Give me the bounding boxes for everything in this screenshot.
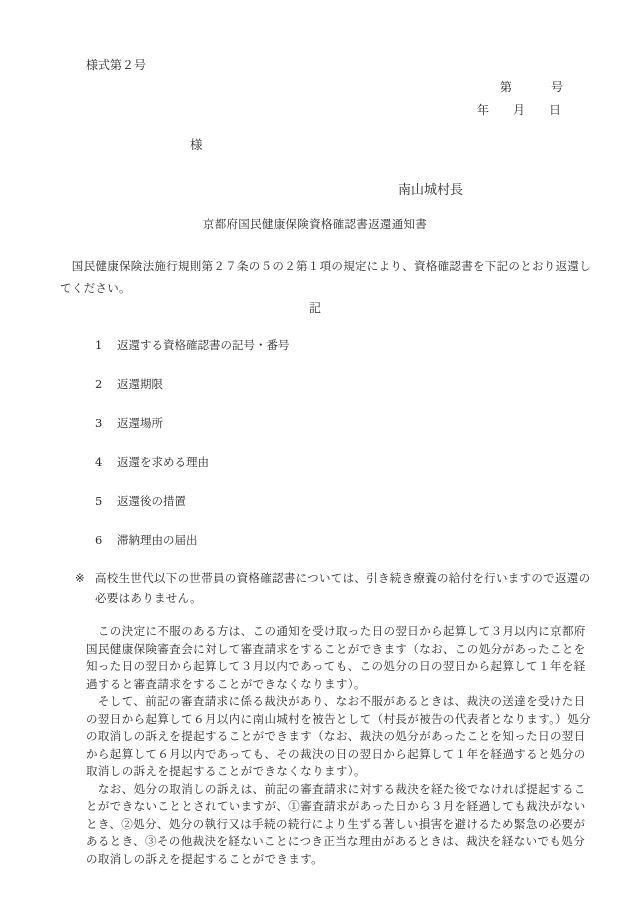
list-item-number: 6 <box>95 533 117 547</box>
list-item: 3 返還場所 <box>95 416 290 430</box>
note-marker: ※ <box>75 569 95 589</box>
list-item-label: 滞納理由の届出 <box>117 533 198 547</box>
note: ※ 高校生世代以下の世帯員の資格確認書については、引き続き療養の給付を行いますの… <box>75 569 590 608</box>
body-paragraph: 国民健康保険法施行規則第２７条の５の２第１項の規定により、資格確認書を下記のとお… <box>60 255 591 299</box>
list-item: 5 返還後の措置 <box>95 494 290 508</box>
date-month-label: 月 <box>513 101 525 118</box>
list-item-number: 4 <box>95 455 117 469</box>
list-item-label: 返還後の措置 <box>117 494 186 508</box>
date-day-label: 日 <box>549 101 561 118</box>
form-number: 様式第２号 <box>86 56 146 73</box>
list-item-label: 返還する資格確認書の記号・番号 <box>117 338 290 352</box>
addressee-honorific: 様 <box>190 135 203 153</box>
list-item-number: 3 <box>95 416 117 430</box>
list-item: 2 返還期限 <box>95 377 290 391</box>
ki-heading: 記 <box>0 299 630 316</box>
list-item: 6 滞納理由の届出 <box>95 533 290 547</box>
appeal-paragraph-2: そして、前記の審査請求に係る裁決があり、なお不服があるときは、裁決の送達を受けた… <box>86 693 591 781</box>
list-item-label: 返還場所 <box>117 416 163 430</box>
list-item: 1 返還する資格確認書の記号・番号 <box>95 338 290 352</box>
list-item-number: 1 <box>95 338 117 352</box>
appeal-paragraph-3: なお、処分の取消しの訴えは、前記の審査請求に対する裁決を経た後でなければ提起する… <box>86 781 591 869</box>
appeal-paragraph-1: この決定に不服のある方は、この通知を受け取った日の翌日から起算して３月以内に京都… <box>86 623 591 693</box>
list-item: 4 返還を求める理由 <box>95 455 290 469</box>
appeal-notice: この決定に不服のある方は、この通知を受け取った日の翌日から起算して３月以内に京都… <box>86 623 591 868</box>
list-item-label: 返還期限 <box>117 377 163 391</box>
list-item-number: 2 <box>95 377 117 391</box>
document-number-line: 第 号 <box>500 78 563 95</box>
list-item-label: 返還を求める理由 <box>117 455 209 469</box>
document-page: 様式第２号 第 号 年 月 日 様 南山城村長 京都府国民健康保険資格確認書返還… <box>0 0 630 903</box>
list-item-number: 5 <box>95 494 117 508</box>
doc-number-suffix: 号 <box>551 78 563 95</box>
sender-name: 南山城村長 <box>398 179 463 198</box>
item-list: 1 返還する資格確認書の記号・番号 2 返還期限 3 返還場所 4 返還を求める… <box>95 338 290 572</box>
date-line: 年 月 日 <box>477 101 561 118</box>
doc-number-prefix: 第 <box>500 78 512 95</box>
date-year-label: 年 <box>477 101 489 118</box>
document-title: 京都府国民健康保険資格確認書返還通知書 <box>0 216 630 232</box>
note-text: 高校生世代以下の世帯員の資格確認書については、引き続き療養の給付を行いますので返… <box>95 569 590 608</box>
